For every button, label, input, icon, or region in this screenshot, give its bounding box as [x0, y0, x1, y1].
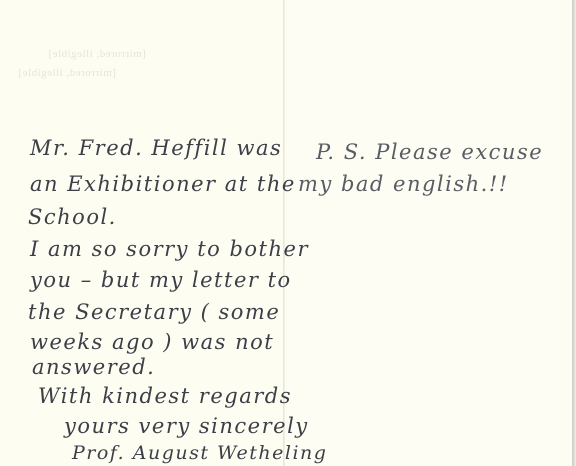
letter-line: an Exhibitioner at the — [30, 172, 296, 196]
letter-line: School. — [28, 205, 117, 229]
closing-line: With kindest regards — [38, 384, 292, 408]
paper-edge — [572, 0, 576, 466]
letterhead-show-through: [mirrored, illegible] — [48, 48, 146, 60]
letter-line: answered. — [32, 355, 155, 379]
valediction: yours very sincerely — [64, 414, 309, 438]
letterhead-show-through: [mirrored, illegible] — [18, 67, 116, 79]
letter-line: Mr. Fred. Heffill was — [30, 136, 282, 160]
right-page — [285, 0, 572, 466]
letter-line: the Secretary ( some — [28, 300, 280, 324]
letter-line: I am so sorry to bother — [30, 237, 309, 261]
postscript-line: my bad english.!! — [298, 172, 509, 196]
letter-line: weeks ago ) was not — [30, 330, 274, 354]
signature: Prof. August Wetheling — [72, 442, 327, 464]
letter-line: you – but my letter to — [30, 268, 292, 292]
postscript-line: P. S. Please excuse — [316, 140, 543, 164]
